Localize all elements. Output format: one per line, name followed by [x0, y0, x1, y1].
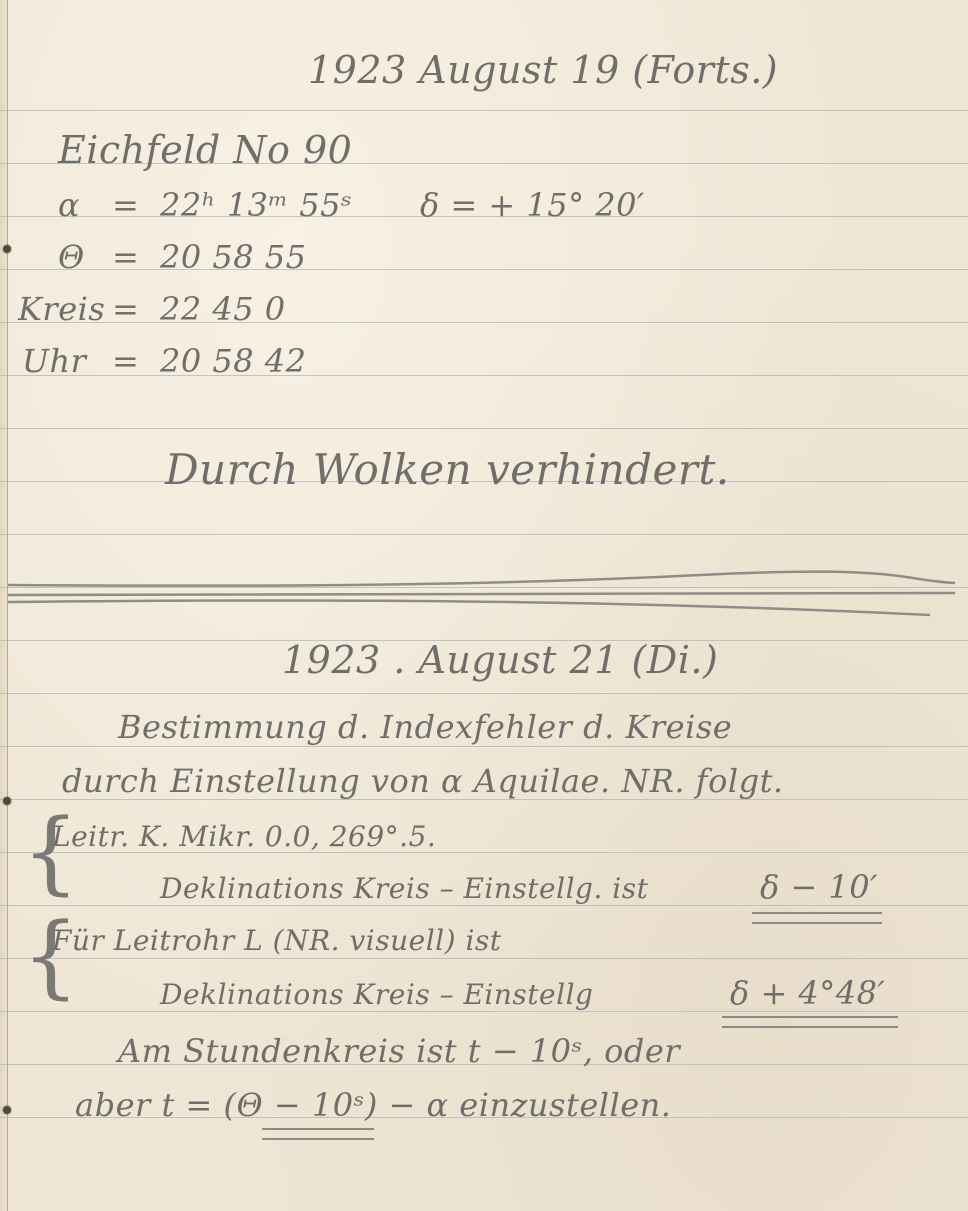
- row-value-uhr: 20 58 42: [160, 342, 307, 380]
- field-label: Eichfeld No 90: [58, 128, 352, 172]
- row-sep: =: [112, 342, 139, 380]
- date-heading-aug21: 1923 . August 21 (Di.): [282, 638, 718, 682]
- punch-hole: [3, 797, 11, 805]
- ruled-line: [0, 375, 968, 376]
- ruled-line: [0, 534, 968, 535]
- ruled-line: [0, 110, 968, 111]
- notebook-page: 1923 August 19 (Forts.) Eichfeld No 90 α…: [0, 0, 968, 1211]
- text-line-5: Für Leitrohr L (NR. visuell) ist: [52, 924, 502, 957]
- section-divider: [0, 565, 968, 625]
- row-label-uhr: Uhr: [22, 342, 86, 380]
- row-value-kreis: 22 45 0: [160, 290, 286, 328]
- row-label-alpha: α: [58, 186, 80, 224]
- row-value-alpha: 22ʰ 13ᵐ 55ˢ: [160, 186, 352, 224]
- double-underline: [752, 912, 882, 924]
- double-underline: [722, 1016, 898, 1028]
- text-line-8: aber t = (Θ − 10ˢ) − α einzustellen.: [75, 1086, 671, 1124]
- ruled-line: [0, 693, 968, 694]
- declination-setting-l: δ + 4°48′: [730, 974, 885, 1012]
- row-label-kreis: Kreis: [18, 290, 105, 328]
- declination-value: δ = + 15° 20′: [420, 186, 645, 224]
- date-heading-aug19: 1923 August 19 (Forts.): [308, 48, 778, 92]
- ruled-line: [0, 958, 968, 959]
- declination-setting-k: δ − 10′: [760, 868, 878, 906]
- row-sep: =: [112, 186, 139, 224]
- ruled-line: [0, 322, 968, 323]
- row-label-theta: Θ: [58, 238, 85, 276]
- text-line-3: Leitr. K. Mikr. 0.0, 269°.5.: [52, 820, 436, 853]
- double-underline: [262, 1128, 374, 1140]
- row-value-theta: 20 58 55: [160, 238, 307, 276]
- row-sep: =: [112, 238, 139, 276]
- note-clouds: Durch Wolken verhindert.: [165, 445, 730, 494]
- row-sep: =: [112, 290, 139, 328]
- text-line-1: Bestimmung d. Indexfehler d. Kreise: [118, 708, 732, 746]
- text-line-4: Deklinations Kreis – Einstellg. ist: [160, 872, 648, 905]
- ruled-line: [0, 269, 968, 270]
- punch-hole: [3, 245, 11, 253]
- text-line-7: Am Stundenkreis ist t − 10ˢ, oder: [118, 1032, 680, 1070]
- text-line-6: Deklinations Kreis – Einstellg: [160, 978, 593, 1011]
- ruled-line: [0, 428, 968, 429]
- text-line-2: durch Einstellung von α Aquilae. NR. fol…: [62, 762, 784, 800]
- ruled-line: [0, 746, 968, 747]
- punch-hole: [3, 1106, 11, 1114]
